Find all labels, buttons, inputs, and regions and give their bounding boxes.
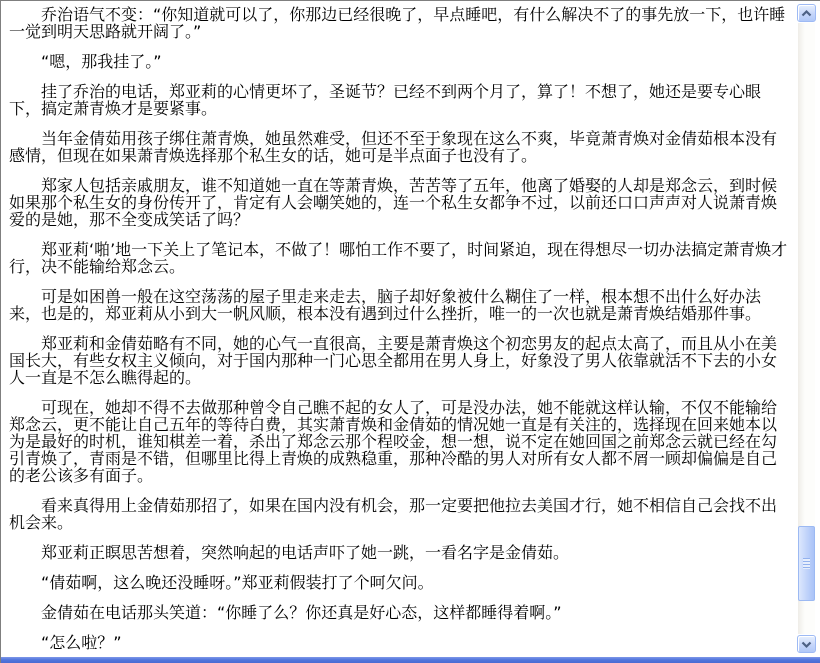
paragraph: 看来真得用上金倩茹那招了，如果在国内没有机会，那一定要把他拉去美国才行，她不相信… xyxy=(9,497,791,531)
scroll-down-button[interactable] xyxy=(797,635,816,653)
scrollbar-thumb[interactable] xyxy=(798,526,815,601)
paragraph: 挂了乔治的电话，郑亚莉的心情更坏了，圣诞节？已经不到两个月了，算了！不想了，她还… xyxy=(9,83,791,117)
paragraph: 郑亚莉‘啪’地一下关上了笔记本，不做了！哪怕工作不要了，时间紧迫，现在得想尽一切… xyxy=(9,241,791,275)
paragraph: 可是如困兽一般在这空荡荡的屋子里走来走去，脑子却好象被什么糊住了一样，根本想不出… xyxy=(9,288,791,322)
scrollbar-grip-icon xyxy=(803,558,810,569)
paragraph: 郑亚莉正瞑思苦想着，突然响起的电话声吓了她一跳，一看名字是金倩茹。 xyxy=(9,544,791,561)
paragraph: “嗯，那我挂了。” xyxy=(9,53,791,70)
paragraph: 当年金倩茹用孩子绑住萧青焕，她虽然难受，但还不至于象现在这么不爽，毕竟萧青焕对金… xyxy=(9,130,791,164)
reader-window: 乔治语气不变：“你知道就可以了，你那边已经很晚了，早点睡吧，有什么解决不了的事先… xyxy=(0,0,820,663)
paragraph: 郑家人包括亲戚朋友，谁不知道她一直在等萧青焕，苦苦等了五年，他离了婚娶的人却是郑… xyxy=(9,177,791,228)
window-bottom-edge xyxy=(1,657,820,663)
paragraph: 金倩茹在电话那头笑道：“你睡了么？你还真是好心态，这样都睡得着啊。” xyxy=(9,604,791,621)
paragraph: “倩茹啊，这么晚还没睡呀。”郑亚莉假装打了个呵欠问。 xyxy=(9,574,791,591)
scroll-up-button[interactable] xyxy=(797,4,816,22)
vertical-scrollbar[interactable] xyxy=(797,2,817,657)
paragraph: 乔治语气不变：“你知道就可以了，你那边已经很晚了，早点睡吧，有什么解决不了的事先… xyxy=(9,6,791,40)
scrollbar-track[interactable] xyxy=(798,23,815,634)
paragraph: “怎么啦？” xyxy=(9,634,791,651)
paragraph: 郑亚莉和金倩茹略有不同，她的心气一直很高，主要是萧青焕这个初恋男友的起点太高了，… xyxy=(9,335,791,386)
chevron-up-icon xyxy=(801,9,812,18)
chevron-down-icon xyxy=(801,640,812,649)
novel-text: 乔治语气不变：“你知道就可以了，你那边已经很晚了，早点睡吧，有什么解决不了的事先… xyxy=(2,2,793,655)
paragraph: 可现在，她却不得不去做那种曾令自己瞧不起的女人了，可是没办法，她不能就这样认输，… xyxy=(9,399,791,484)
